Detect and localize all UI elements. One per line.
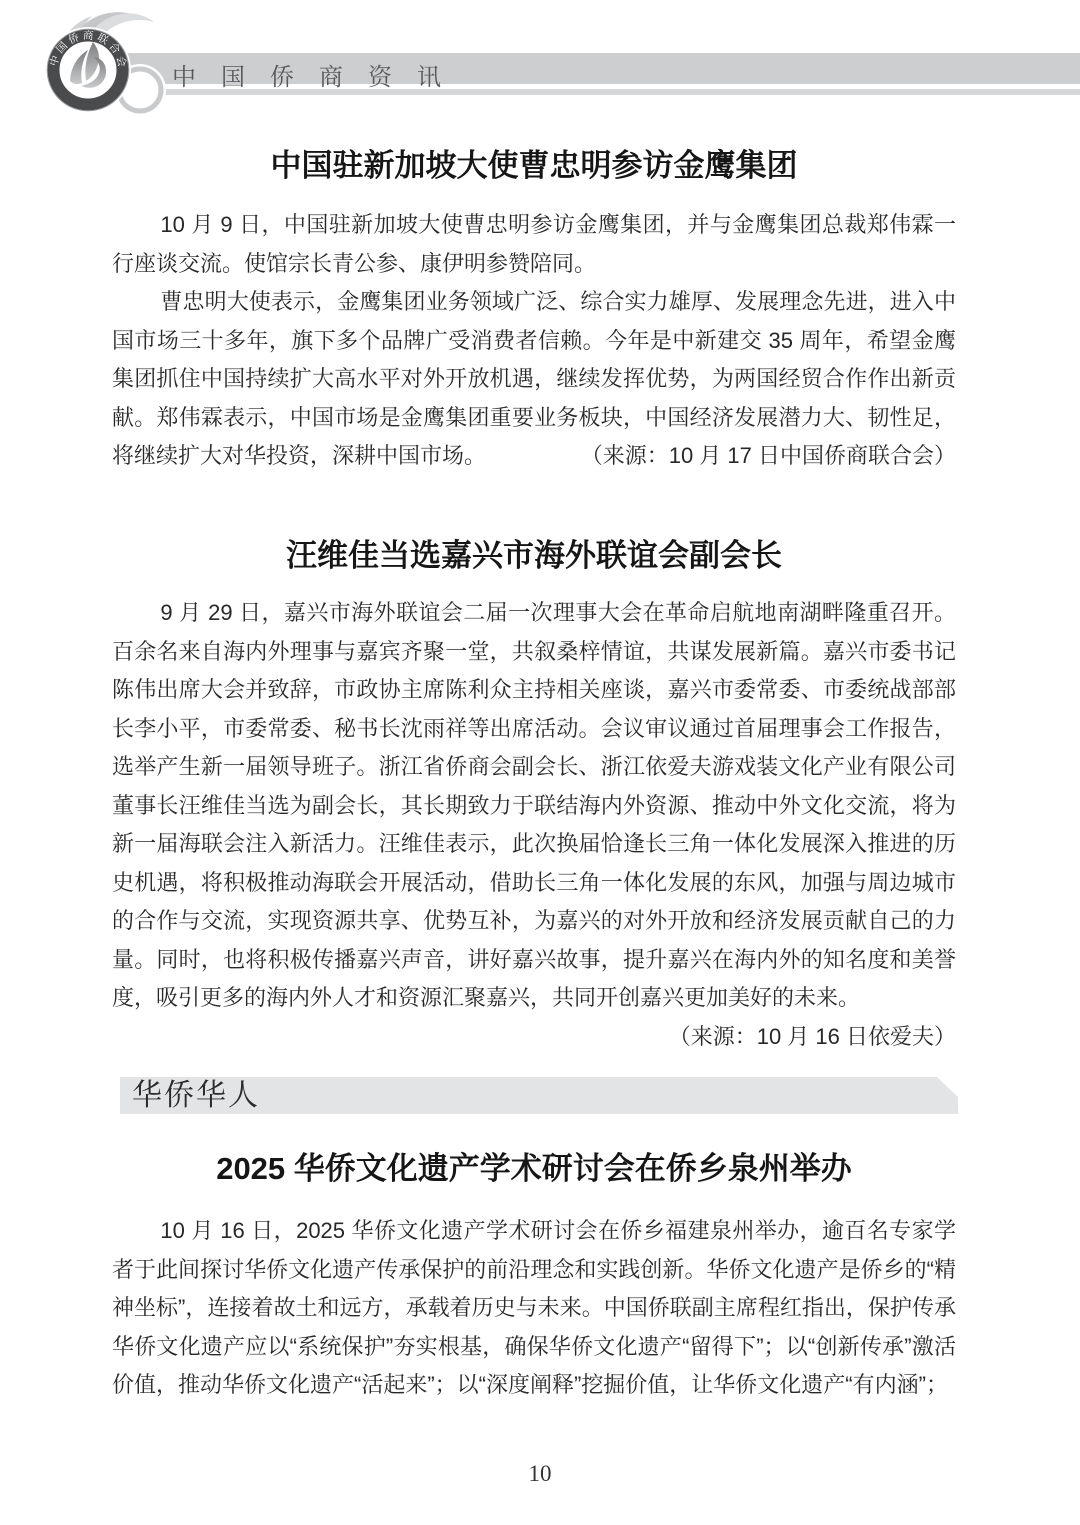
article-1-source: （来源：10 月 17 日中国侨商联合会） — [581, 437, 956, 476]
newsletter-page: 中国侨商资讯 — [0, 0, 1080, 1525]
article-3-body: 10 月 16 日，2025 华侨文化遗产学术研讨会在侨乡福建泉州举办，逾百名专… — [112, 1212, 956, 1405]
article-3-paragraph-1-text: 10 月 16 日，2025 华侨文化遗产学术研讨会在侨乡福建泉州举办，逾百名专… — [112, 1218, 956, 1397]
federation-logo-icon: 中国侨商联合会 CHINA FEDERATION OF OVERSEAS CHI… — [36, 2, 206, 134]
section-band-label: 华侨华人 — [120, 1077, 958, 1114]
article-1-title: 中国驻新加坡大使曹忠明参访金鹰集团 — [112, 145, 956, 187]
article-1-paragraph-1-text: 10 月 9 日，中国驻新加坡大使曹忠明参访金鹰集团，并与金鹰集团总裁郑伟霖一行… — [112, 212, 956, 276]
article-1-body: 10 月 9 日，中国驻新加坡大使曹忠明参访金鹰集团，并与金鹰集团总裁郑伟霖一行… — [112, 206, 956, 476]
article-1-paragraph-2: 曹忠明大使表示，金鹰集团业务领域广泛、综合实力雄厚、发展理念先进，进入中国市场三… — [112, 283, 956, 476]
article-2-title: 汪维佳当选嘉兴市海外联谊会副会长 — [112, 535, 956, 577]
article-3-title: 2025 华侨文化遗产学术研讨会在侨乡泉州举办 — [112, 1148, 956, 1190]
section-band: 华侨华人 — [120, 1077, 958, 1114]
article-2-source: （来源：10 月 16 日依爱夫） — [669, 1018, 956, 1057]
article-1-paragraph-1: 10 月 9 日，中国驻新加坡大使曹忠明参访金鹰集团，并与金鹰集团总裁郑伟霖一行… — [112, 206, 956, 283]
masthead-title: 中国侨商资讯 — [172, 57, 466, 92]
article-3-paragraph-1: 10 月 16 日，2025 华侨文化遗产学术研讨会在侨乡福建泉州举办，逾百名专… — [112, 1212, 956, 1405]
logo-emblem: 中国侨商联合会 CHINA FEDERATION OF OVERSEAS CHI… — [45, 27, 131, 113]
article-2-body: 9 月 29 日，嘉兴市海外联谊会二届一次理事大会在革命启航地南湖畔隆重召开。百… — [112, 594, 956, 1056]
page-number: 10 — [0, 1461, 1080, 1487]
article-2-paragraph-1-text: 9 月 29 日，嘉兴市海外联谊会二届一次理事大会在革命启航地南湖畔隆重召开。百… — [112, 600, 956, 1010]
article-2-paragraph-1: 9 月 29 日，嘉兴市海外联谊会二届一次理事大会在革命启航地南湖畔隆重召开。百… — [112, 594, 956, 1018]
